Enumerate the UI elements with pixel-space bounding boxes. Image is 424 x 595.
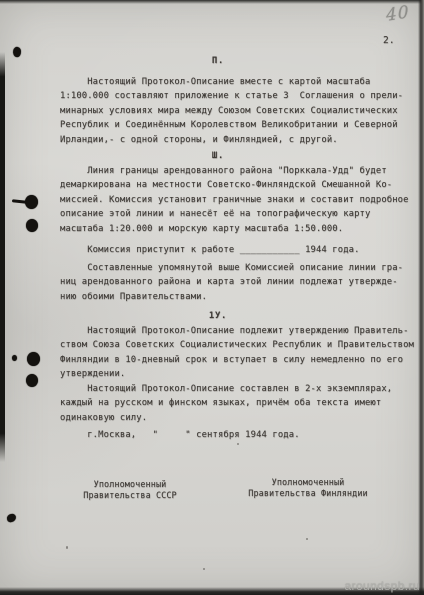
scan-edge-left	[0, 52, 5, 462]
handwritten-page-number: 40	[386, 2, 410, 26]
section-3-paragraph-1: Линия границы арендованного района "Порк…	[60, 164, 418, 236]
paper-speck	[66, 546, 68, 549]
section-4-paragraph-1: Настоящий Протокол-Описание подлежит утв…	[60, 324, 418, 382]
page-number: 2.	[383, 34, 395, 48]
ink-mark-top-left	[12, 46, 22, 58]
paper-speck	[237, 443, 239, 445]
section-2-heading: П.	[60, 54, 376, 68]
paper-speck	[306, 538, 308, 540]
ink-blot-3-dot	[12, 355, 17, 361]
signature-ussr: Уполномоченный Правительства СССР	[80, 479, 180, 501]
section-4-heading: 1У.	[60, 309, 376, 323]
ink-blot-2	[26, 219, 38, 232]
section-3-paragraph-3: Составленные упомянутой выше Комиссией о…	[60, 261, 418, 304]
ink-mark-bottom-left	[6, 513, 16, 522]
scan-edge-top	[0, 0, 424, 4]
scan-edge-right	[418, 0, 424, 595]
paper-speck	[203, 568, 205, 570]
dateline: г.Москва, " " сентября 1944 года.	[60, 428, 418, 442]
section-3-paragraph-2: Комиссия приступит к работе ___________ …	[60, 243, 418, 257]
section-3-heading: Ш.	[60, 149, 376, 163]
ink-blot-4	[26, 374, 38, 387]
watermark: aroundspb.ru	[344, 579, 420, 593]
ink-blot-1-tail	[12, 199, 27, 204]
ink-blot-3	[27, 352, 40, 366]
section-4-paragraph-2: Настоящий Протокол-Описание составлен в …	[60, 382, 418, 425]
signature-finland: Уполномоченный Правительства Финляндии	[245, 477, 371, 499]
section-2-paragraph-1: Настоящий Протокол-Описание вместе с кар…	[60, 75, 418, 147]
scanned-document-page: 40 2. П. Настоящий Протокол-Описание вме…	[0, 0, 424, 595]
